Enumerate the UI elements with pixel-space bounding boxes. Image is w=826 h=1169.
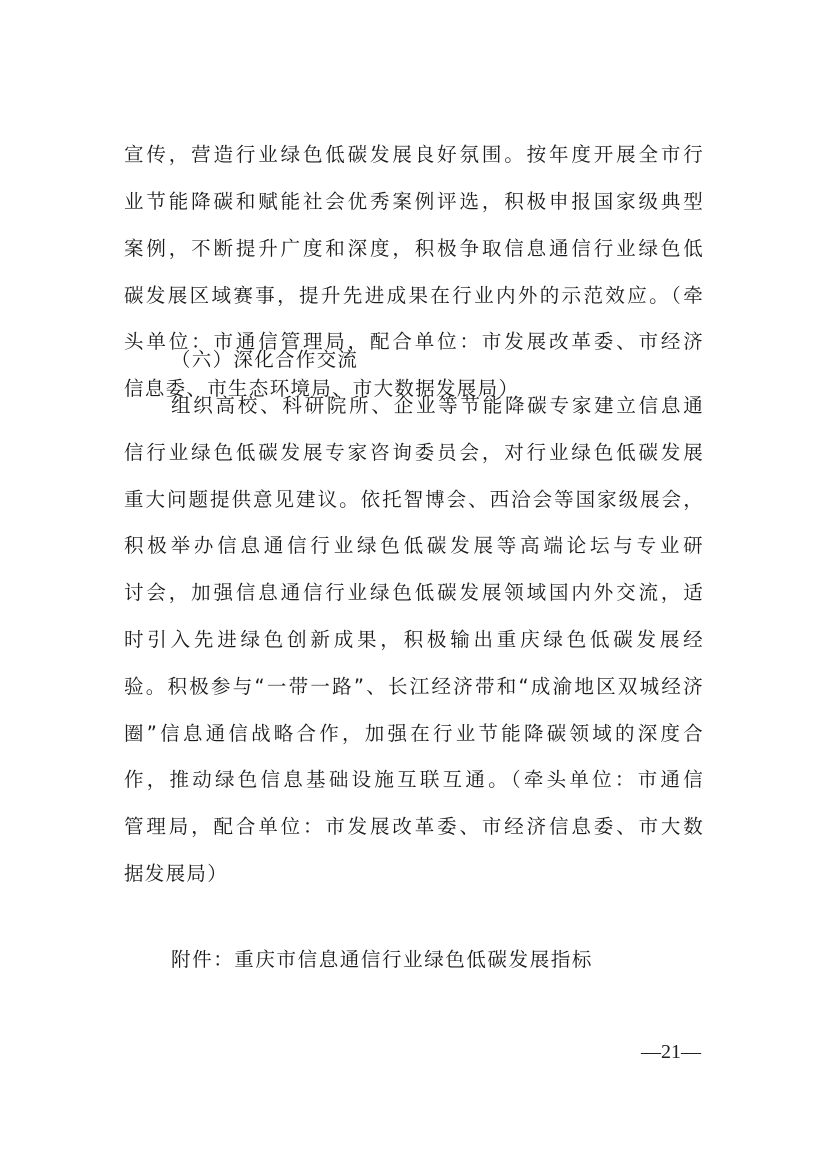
paragraph-line: 作，推动绿色信息基础设施互联互通。（牵头单位：市通信: [124, 768, 704, 792]
paragraph-line: 讨会，加强信息通信行业绿色低碳发展领域国内外交流，适: [124, 581, 704, 605]
paragraph-line: 时引入先进绿色创新成果，积极输出重庆绿色低碳发展经: [124, 628, 704, 652]
document-page: 宣传，营造行业绿色低碳发展良好氛围。按年度开展全市行 业节能降碳和赋能社会优秀案…: [0, 0, 826, 1169]
paragraph-line: 案例，不断提升广度和深度，积极争取信息通信行业绿色低: [124, 237, 704, 261]
paragraph-line: 碳发展区域赛事，提升先进成果在行业内外的示范效应。（牵: [124, 284, 704, 308]
paragraph-line: 宣传，营造行业绿色低碳发展良好氛围。按年度开展全市行: [124, 143, 704, 167]
paragraph-line: 组织高校、科研院所、企业等节能降碳专家建立信息通: [171, 394, 704, 418]
attachment-reference: 附件：重庆市信息通信行业绿色低碳发展指标: [171, 948, 593, 972]
section-heading: （六）深化合作交流: [171, 348, 358, 372]
paragraph-line: 信行业绿色低碳发展专家咨询委员会，对行业绿色低碳发展: [124, 441, 704, 465]
page-number: —21—: [641, 1040, 701, 1064]
paragraph-line: 据发展局）: [124, 862, 704, 886]
paragraph-line: 圈”信息通信战略合作，加强在行业节能降碳领域的深度合: [124, 722, 704, 746]
paragraph-line: 管理局，配合单位：市发展改革委、市经济信息委、市大数: [124, 815, 704, 839]
paragraph-line: 验。积极参与“一带一路”、长江经济带和“成渝地区双城经济: [124, 675, 704, 699]
paragraph-line: 重大问题提供意见建议。依托智博会、西洽会等国家级展会，: [124, 488, 704, 512]
paragraph-line: 积极举办信息通信行业绿色低碳发展等高端论坛与专业研: [124, 534, 704, 558]
paragraph-line: 业节能降碳和赋能社会优秀案例评选，积极申报国家级典型: [124, 190, 704, 214]
